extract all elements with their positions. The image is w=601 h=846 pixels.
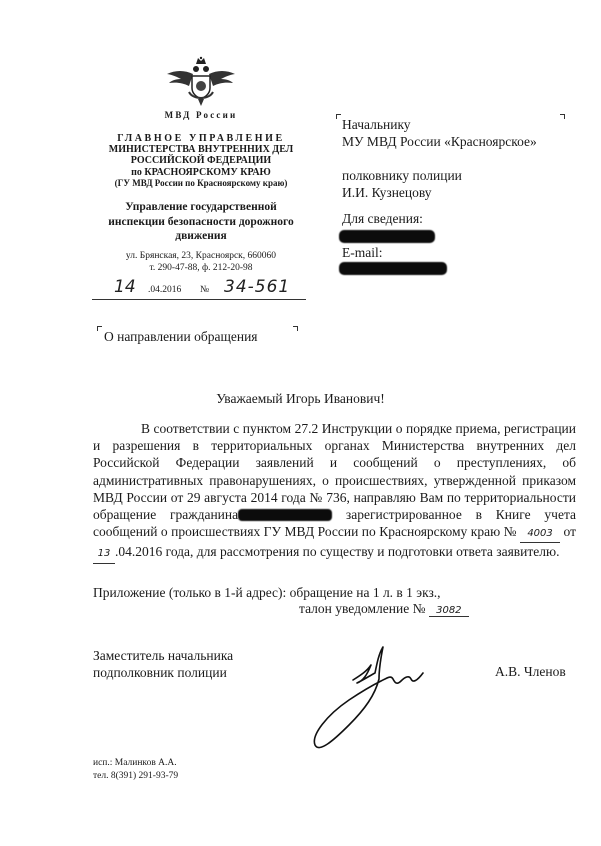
handwritten-signature-icon [305,645,435,760]
cc-label: Для сведения: [342,210,423,227]
corner-mark-icon [97,326,102,331]
recipient-line: полковнику полиции [342,167,537,184]
date-month-year: .04.2016 [148,285,181,295]
date-number-line: 14 .04.2016 № 34-561 [92,279,306,300]
contact-block: ул. Брянская, 23, Красноярск, 660060 т. … [90,250,312,274]
executor-block: исп.: Малинков А.А. тел. 8(391) 291-93-7… [93,757,178,782]
department-line: движения [90,229,312,244]
corner-mark-icon [336,114,341,119]
mvd-emblem-icon [165,56,237,110]
email-label: E-mail: [342,244,423,261]
attachment-line: Приложение (только в 1-й адрес): обращен… [93,584,441,601]
executor-name: исп.: Малинков А.А. [93,757,178,770]
corner-mark-icon [293,326,298,331]
recipient-line: МУ МВД России «Красноярское» [342,133,537,150]
subject-line: О направлении обращения [104,329,258,345]
recipient-block: Начальнику МУ МВД России «Красноярское» … [342,116,537,201]
executor-phone: тел. 8(391) 291-93-79 [93,770,178,783]
org-line: ГЛАВНОЕ УПРАВЛЕНИЕ [90,133,312,144]
body-text: .04.2016 года, для рассмотрения по сущес… [115,544,559,559]
handwritten-kusp-day: 13 [93,545,115,563]
handwritten-kusp-number: 4003 [520,525,560,543]
letter-body: В соответствии с пунктом 27.2 Инструкции… [93,420,576,564]
department-name: Управление государственной инспекции без… [90,200,312,244]
coupon-label: талон уведомление № [299,601,429,616]
department-line: Управление государственной [90,200,312,215]
org-line: (ГУ МВД России по Красноярскому краю) [90,178,312,189]
handwritten-day: 14 [114,277,136,297]
corner-mark-icon [560,114,565,119]
redacted-email-value [339,262,447,275]
phones: т. 290-47-88, ф. 212-20-98 [90,262,312,274]
org-line: МИНИСТЕРСТВА ВНУТРЕННИХ ДЕЛ [90,144,312,155]
recipient-line: И.И. Кузнецову [342,184,537,201]
number-sign: № [200,285,209,295]
department-line: инспекции безопасности дорожного [90,215,312,230]
body-text: от [560,524,576,539]
agency-short-name: МВД России [90,110,312,120]
recipient-line: Начальнику [342,116,537,133]
attachment-coupon-line: талон уведомление № 3082 [299,601,469,617]
address: ул. Брянская, 23, Красноярск, 660060 [90,250,312,262]
signer-title-line: Заместитель начальника [93,647,233,664]
org-line: РОССИЙСКОЙ ФЕДЕРАЦИИ [90,155,312,166]
signer-name: А.В. Членов [495,664,566,680]
spacer [342,150,537,167]
handwritten-reg-number: 34-561 [224,277,290,297]
greeting: Уважаемый Игорь Иванович! [0,391,601,407]
signer-title-line: подполковник полиции [93,664,233,681]
signer-title: Заместитель начальника подполковник поли… [93,647,233,681]
org-line: по КРАСНОЯРСКОМУ КРАЮ [90,167,312,178]
redacted-cc-value [339,230,435,243]
redacted-citizen-name [238,509,332,521]
organization-name: ГЛАВНОЕ УПРАВЛЕНИЕ МИНИСТЕРСТВА ВНУТРЕНН… [90,133,312,189]
handwritten-coupon-number: 3082 [429,605,469,617]
